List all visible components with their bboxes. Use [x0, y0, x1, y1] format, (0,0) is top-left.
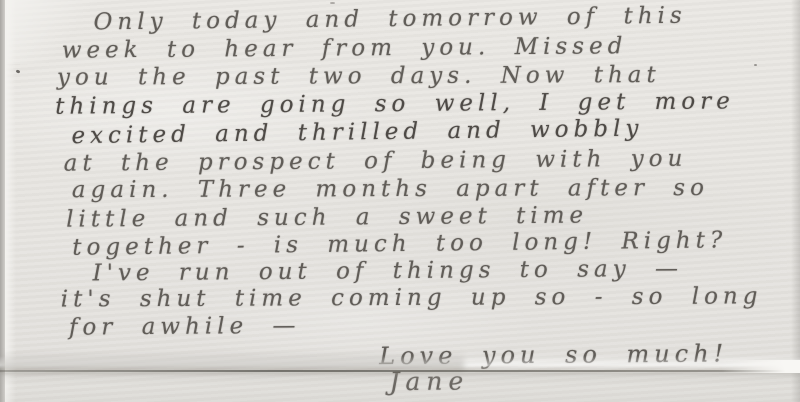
fold-crease-glint: [722, 360, 800, 373]
letter-line: at the prospect of being with you: [64, 146, 688, 178]
letter-line: week to hear from you. Missed: [62, 33, 628, 64]
handwritten-letter-scan: Only today and tomorrow of this week to …: [0, 0, 800, 402]
fold-crease-line: [0, 370, 800, 372]
letter-line: it's shut time coming up so - so long: [61, 283, 763, 313]
letter-line: for awhile —: [69, 313, 301, 342]
letter-line: I've run out of things to say —: [92, 256, 683, 288]
letter-line: again. Three months apart after so: [72, 175, 709, 204]
letter-body: Only today and tomorrow of this week to …: [0, 0, 800, 402]
letter-line: excited and thrilled and wobbly: [71, 116, 643, 150]
paper-speck: [754, 64, 757, 66]
letter-line: you the past two days. Now that: [57, 62, 661, 92]
fold-crease-shadow: [0, 352, 464, 372]
paper-speck: [330, 2, 335, 4]
paper-below-fold-shading: [0, 373, 800, 402]
letter-line: Only today and tomorrow of this: [93, 3, 686, 37]
